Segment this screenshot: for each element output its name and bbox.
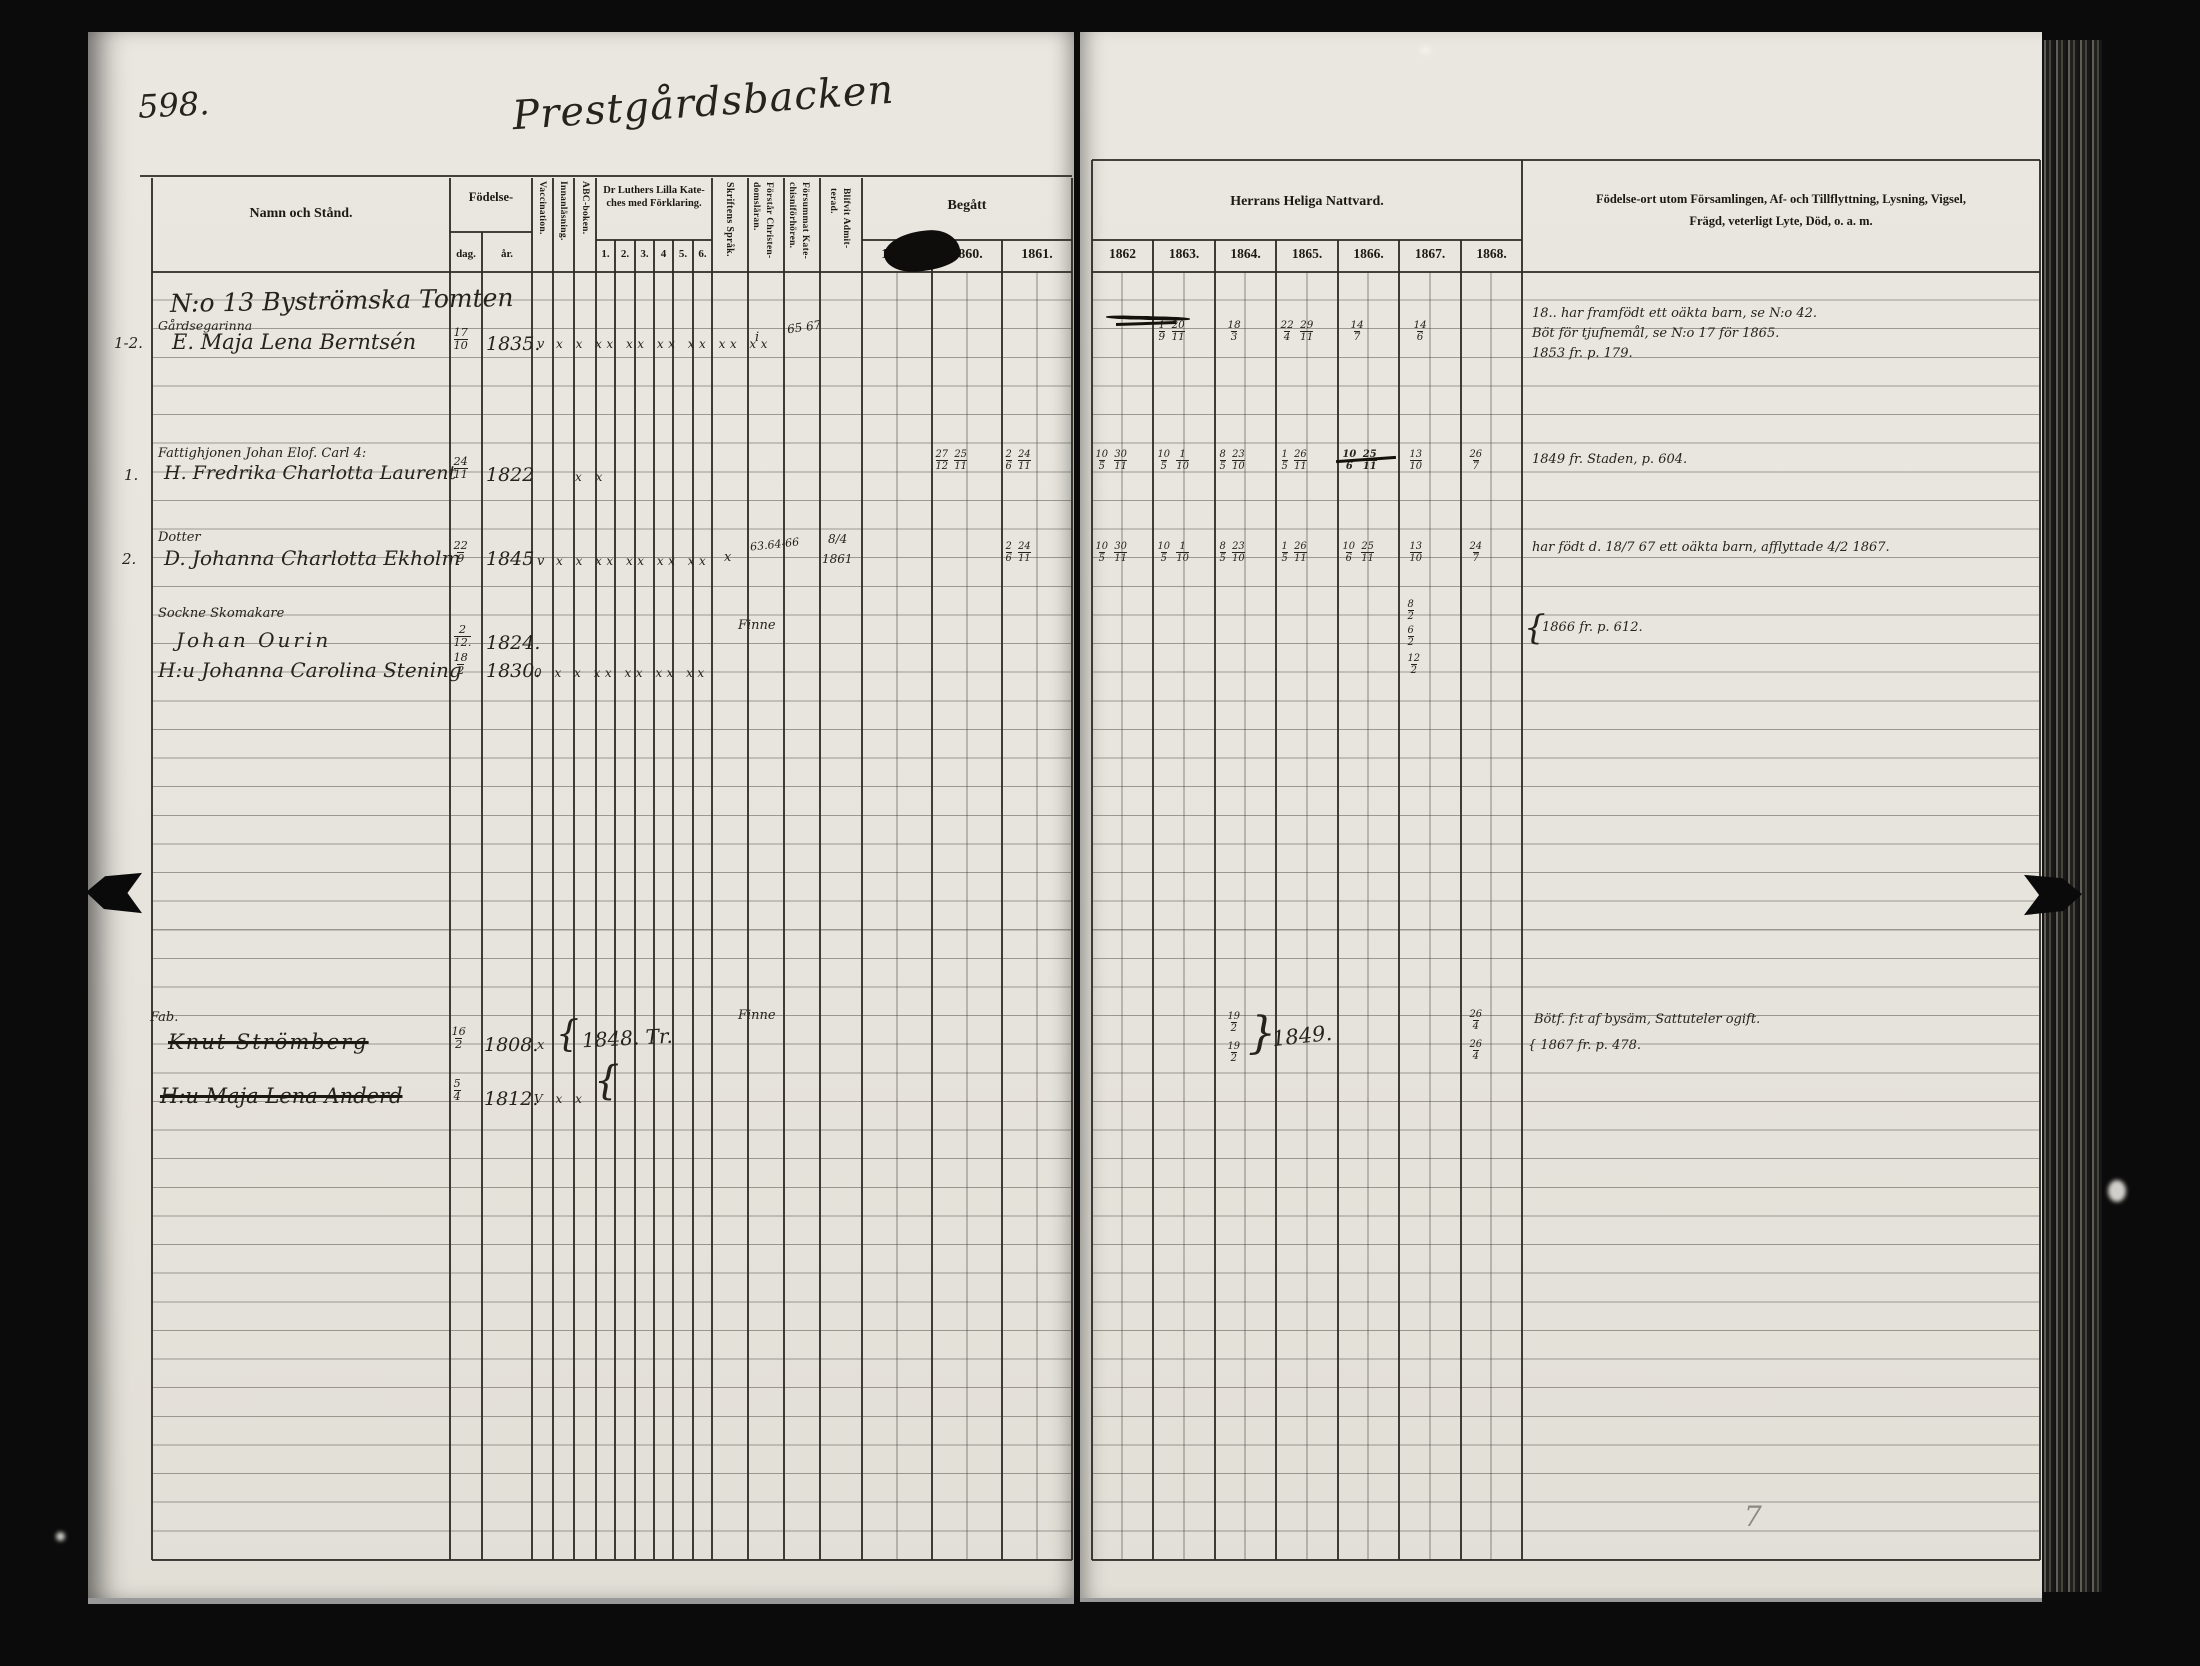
entry-birth-day: 212. <box>452 624 473 649</box>
entry-note: har födt d. 18/7 67 ett oäkta barn, affl… <box>1532 540 1890 555</box>
entry-birth-day: 182 <box>452 652 469 677</box>
entry-sprak-word: Finne <box>738 618 776 633</box>
header-kateches-3: 3. <box>635 248 654 260</box>
communion-date: 264 <box>1468 1010 1484 1032</box>
entry-note: 1866 fr. p. 612. <box>1542 620 1643 635</box>
entry-name: H:u Johanna Carolina Stening <box>158 658 462 682</box>
scanned-ledger-spread: 598. Prestgårdsbacken Namn och Stånd. Fö… <box>0 0 2200 1666</box>
header-year-1865: 1865. <box>1276 246 1338 262</box>
communion-date: 105 110 <box>1156 542 1190 564</box>
entry-margin-number: 2. <box>122 550 136 568</box>
entry-reading-marks: x x xx xx xx xx <box>556 554 710 568</box>
dust-speck <box>1420 46 1431 55</box>
header-year-1862: 1862 <box>1092 246 1153 262</box>
communion-date: 192 <box>1226 1012 1242 1034</box>
entry-birth-year: 1835. <box>486 333 540 355</box>
header-kateches-5: 5. <box>673 248 693 260</box>
entry-vaccination-mark: v <box>537 337 544 352</box>
header-forsummat-line1: Försummat Kate- <box>800 182 810 259</box>
header-begatt: Begått <box>862 198 1072 214</box>
header-year-1867: 1867. <box>1399 246 1461 262</box>
entry-occupation: Fab. <box>150 1010 178 1025</box>
header-year-1864: 1864. <box>1215 246 1276 262</box>
header-kateches-4: 4 <box>654 248 673 260</box>
begatt-date: 26 2411 <box>1004 542 1032 564</box>
communion-date: 247 <box>1468 542 1484 564</box>
communion-date: 1310 <box>1408 542 1424 564</box>
header-kateches-6: 6. <box>693 248 712 260</box>
header-year-1861: 1861. <box>1002 247 1072 263</box>
communion-date: 192 <box>1226 1042 1242 1064</box>
entry-margin-number: 1-2. <box>114 334 143 352</box>
page-number: 598. <box>137 84 210 126</box>
entry-name: H. Fredrika Charlotta Laurent <box>164 462 456 484</box>
header-kateches-line2: ches med Förklaring. <box>606 198 701 209</box>
entry-name: Knut Strömberg <box>168 1030 369 1054</box>
header-forstar-line1: Förstår Christen- <box>764 182 774 258</box>
header-kateches-1: 1. <box>596 248 615 260</box>
header-kateches: Dr Luthers Lilla Kate- ches med Förklari… <box>596 184 712 210</box>
communion-date: 146 <box>1412 320 1428 343</box>
entry-name: D. Johanna Charlotta Ekholm <box>164 546 460 570</box>
entry-birth-year: 1808. <box>484 1034 538 1056</box>
header-fodelse: Födelse- <box>450 190 532 205</box>
entry-note: { 1867 fr. p. 478. <box>1528 1038 1641 1053</box>
entry-admitterad-day: 8/4 <box>828 532 847 546</box>
inline-brace: { <box>556 1014 579 1055</box>
communion-date: 106 2511 <box>1341 542 1375 564</box>
entry-sprak-mark: i <box>755 330 759 345</box>
entry-reading-marks: x x xx xx xx xx xx xx <box>556 337 772 351</box>
communion-date: 1310 <box>1408 450 1424 472</box>
communion-date: 15 2611 <box>1280 450 1308 472</box>
entry-reading-marks: x x <box>575 470 607 484</box>
entry-birth-day: 162 <box>450 1026 467 1051</box>
entry-note: 18.. har framfödt ett oäkta barn, se N:o… <box>1532 306 1817 321</box>
entry-birth-year: 1845 <box>486 548 534 570</box>
entry-note: 1853 fr. p. 179. <box>1532 346 1633 361</box>
header-abc-boken: ABC-boken. <box>580 181 590 234</box>
house-label: N:o 13 Byströmska Tomten <box>170 283 514 318</box>
header-year-1866: 1866. <box>1338 246 1399 262</box>
header-notes-line1: Födelse-ort utom Församlingen, Af- och T… <box>1532 192 2030 207</box>
entry-note: Böt för tjufnemål, se N:o 17 för 1865. <box>1532 326 1779 341</box>
communion-date: 19 2011 <box>1157 320 1186 343</box>
entry-occupation: Sockne Skomakare <box>158 606 284 621</box>
communion-date: 105 3011 <box>1094 450 1128 472</box>
row-brace: { <box>594 1058 619 1104</box>
entry-name: E. Maja Lena Berntsén <box>172 330 416 354</box>
entry-sprak-word: Finne <box>738 1008 776 1023</box>
entry-birth-year: 1824. <box>486 632 540 654</box>
entry-birth-year: 1812. <box>484 1088 538 1110</box>
communion-date: 15 2611 <box>1280 542 1308 564</box>
entry-inline-note: 1848. Tr. <box>581 1024 673 1053</box>
entry-occupation: Dotter <box>158 530 201 545</box>
entry-admitterad-year: 1861 <box>822 552 853 566</box>
communion-date: 267 <box>1468 450 1484 472</box>
dust-speck <box>2108 1180 2126 1202</box>
header-ar: år. <box>482 248 532 260</box>
communion-date: 105 110 <box>1156 450 1190 472</box>
communion-date: 224 2911 <box>1279 320 1315 343</box>
header-year-1863: 1863. <box>1153 246 1215 262</box>
entry-note: 1849 fr. Staden, p. 604. <box>1532 452 1687 467</box>
header-blifvit-line2: terad. <box>828 188 838 214</box>
communion-date: 122 <box>1406 654 1422 676</box>
entry-note: Bötf. f:t af bysäm, Sattuteler ogift. <box>1534 1012 1760 1027</box>
entry-reading-marks: 0 x x xx xx xx xx <box>534 666 709 680</box>
header-skriftens-sprak: Skriftens Språk. <box>724 182 735 257</box>
corner-mark: 7 <box>1744 1500 1762 1533</box>
communion-date: 183 <box>1226 320 1242 343</box>
communion-date: 147 <box>1349 320 1365 343</box>
header-innanlasning: Innanläsning. <box>558 181 568 241</box>
header-year-1868: 1868. <box>1461 246 1522 262</box>
entry-reading-marks: V x x <box>534 1092 586 1106</box>
header-kateches-2: 2. <box>615 248 635 260</box>
communion-date: 264 <box>1468 1040 1484 1062</box>
entry-sprak-mark: x <box>724 550 731 565</box>
communion-date: 82 <box>1406 600 1415 622</box>
entry-birth-day: 229 <box>452 540 469 565</box>
entry-birth-day: 54 <box>452 1078 462 1103</box>
begatt-date: 2712 2511 <box>934 450 968 472</box>
header-forsummat-line2: chisniförhören. <box>787 182 797 248</box>
entry-occupation: Fattighjonen Johan Elof. Carl 4: <box>158 446 366 461</box>
header-forstar-line2: domsläran. <box>751 182 761 231</box>
entry-birth-year: 1822 <box>486 464 534 486</box>
communion-date: 85 2310 <box>1218 450 1246 472</box>
header-nattvard: Herrans Heliga Nattvard. <box>1092 194 1522 210</box>
communion-date: 105 3011 <box>1094 542 1128 564</box>
dust-speck <box>56 1532 65 1541</box>
header-namn-och-stand: Namn och Stånd. <box>152 206 450 222</box>
begatt-date: 26 2411 <box>1004 450 1032 472</box>
entry-vaccination-mark: x <box>537 1038 544 1053</box>
entry-name: H:u Maja Lena Anderd <box>160 1084 402 1108</box>
communion-date: 62 <box>1406 626 1415 648</box>
header-blifvit-line1: Blifvit Admit- <box>841 188 851 248</box>
entry-birth-day: 1710 <box>452 327 469 352</box>
header-notes-line2: Frägd, veterligt Lyte, Död, o. a. m. <box>1532 214 2030 229</box>
entry-name: Johan Ourin <box>176 628 331 652</box>
entry-margin-number: 1. <box>124 466 138 484</box>
entry-birth-day: 2411 <box>452 456 469 481</box>
entry-vaccination-mark: v <box>537 554 544 569</box>
header-dag: dag. <box>450 248 482 260</box>
entry-birth-year: 1830. <box>486 660 540 682</box>
header-vaccination: Vaccination. <box>537 181 547 235</box>
communion-date: 85 2310 <box>1218 542 1246 564</box>
header-kateches-line1: Dr Luthers Lilla Kate- <box>603 185 705 196</box>
